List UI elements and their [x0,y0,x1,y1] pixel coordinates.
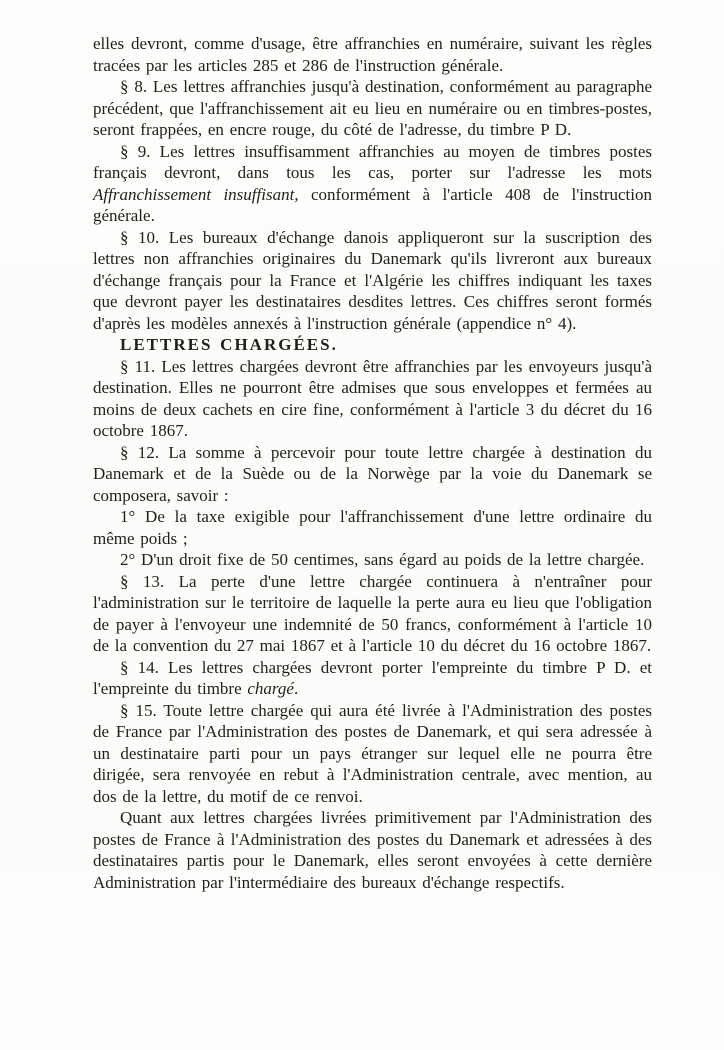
paragraph-section-13: § 13. La perte d'une lettre chargée cont… [93,571,652,657]
list-item-1: 1° De la taxe exigible pour l'affranchis… [93,506,652,549]
list-item-2: 2° D'un droit fixe de 50 centimes, sans … [93,549,652,571]
section-14-italic-word: chargé [247,679,294,698]
paragraph-section-8: § 8. Les lettres affranchies jusqu'à des… [93,76,652,141]
section-heading-lettres-chargees: LETTRES CHARGÉES. [93,334,652,356]
paragraph-section-14: § 14. Les lettres chargées devront porte… [93,657,652,700]
paragraph-intro-continuation: elles devront, comme d'usage, être affra… [93,33,652,76]
paragraph-section-9: § 9. Les lettres insuffisamment affranch… [93,141,652,227]
section-9-italic-phrase: Affranchissement insuffisant, [93,185,299,204]
section-14-text-post: . [294,679,298,698]
scanned-document-page: elles devront, comme d'usage, être affra… [0,0,724,1050]
paragraph-section-10: § 10. Les bureaux d'échange danois appli… [93,227,652,335]
paragraph-section-12: § 12. La somme à percevoir pour toute le… [93,442,652,507]
section-14-text-pre: § 14. Les lettres chargées devront porte… [93,658,652,699]
paragraph-section-11: § 11. Les lettres chargées devront être … [93,356,652,442]
paragraph-section-15: § 15. Toute lettre chargée qui aura été … [93,700,652,808]
section-9-text-pre: § 9. Les lettres insuffisamment affranch… [93,142,652,183]
paragraph-section-15-continuation: Quant aux lettres chargées livrées primi… [93,807,652,893]
